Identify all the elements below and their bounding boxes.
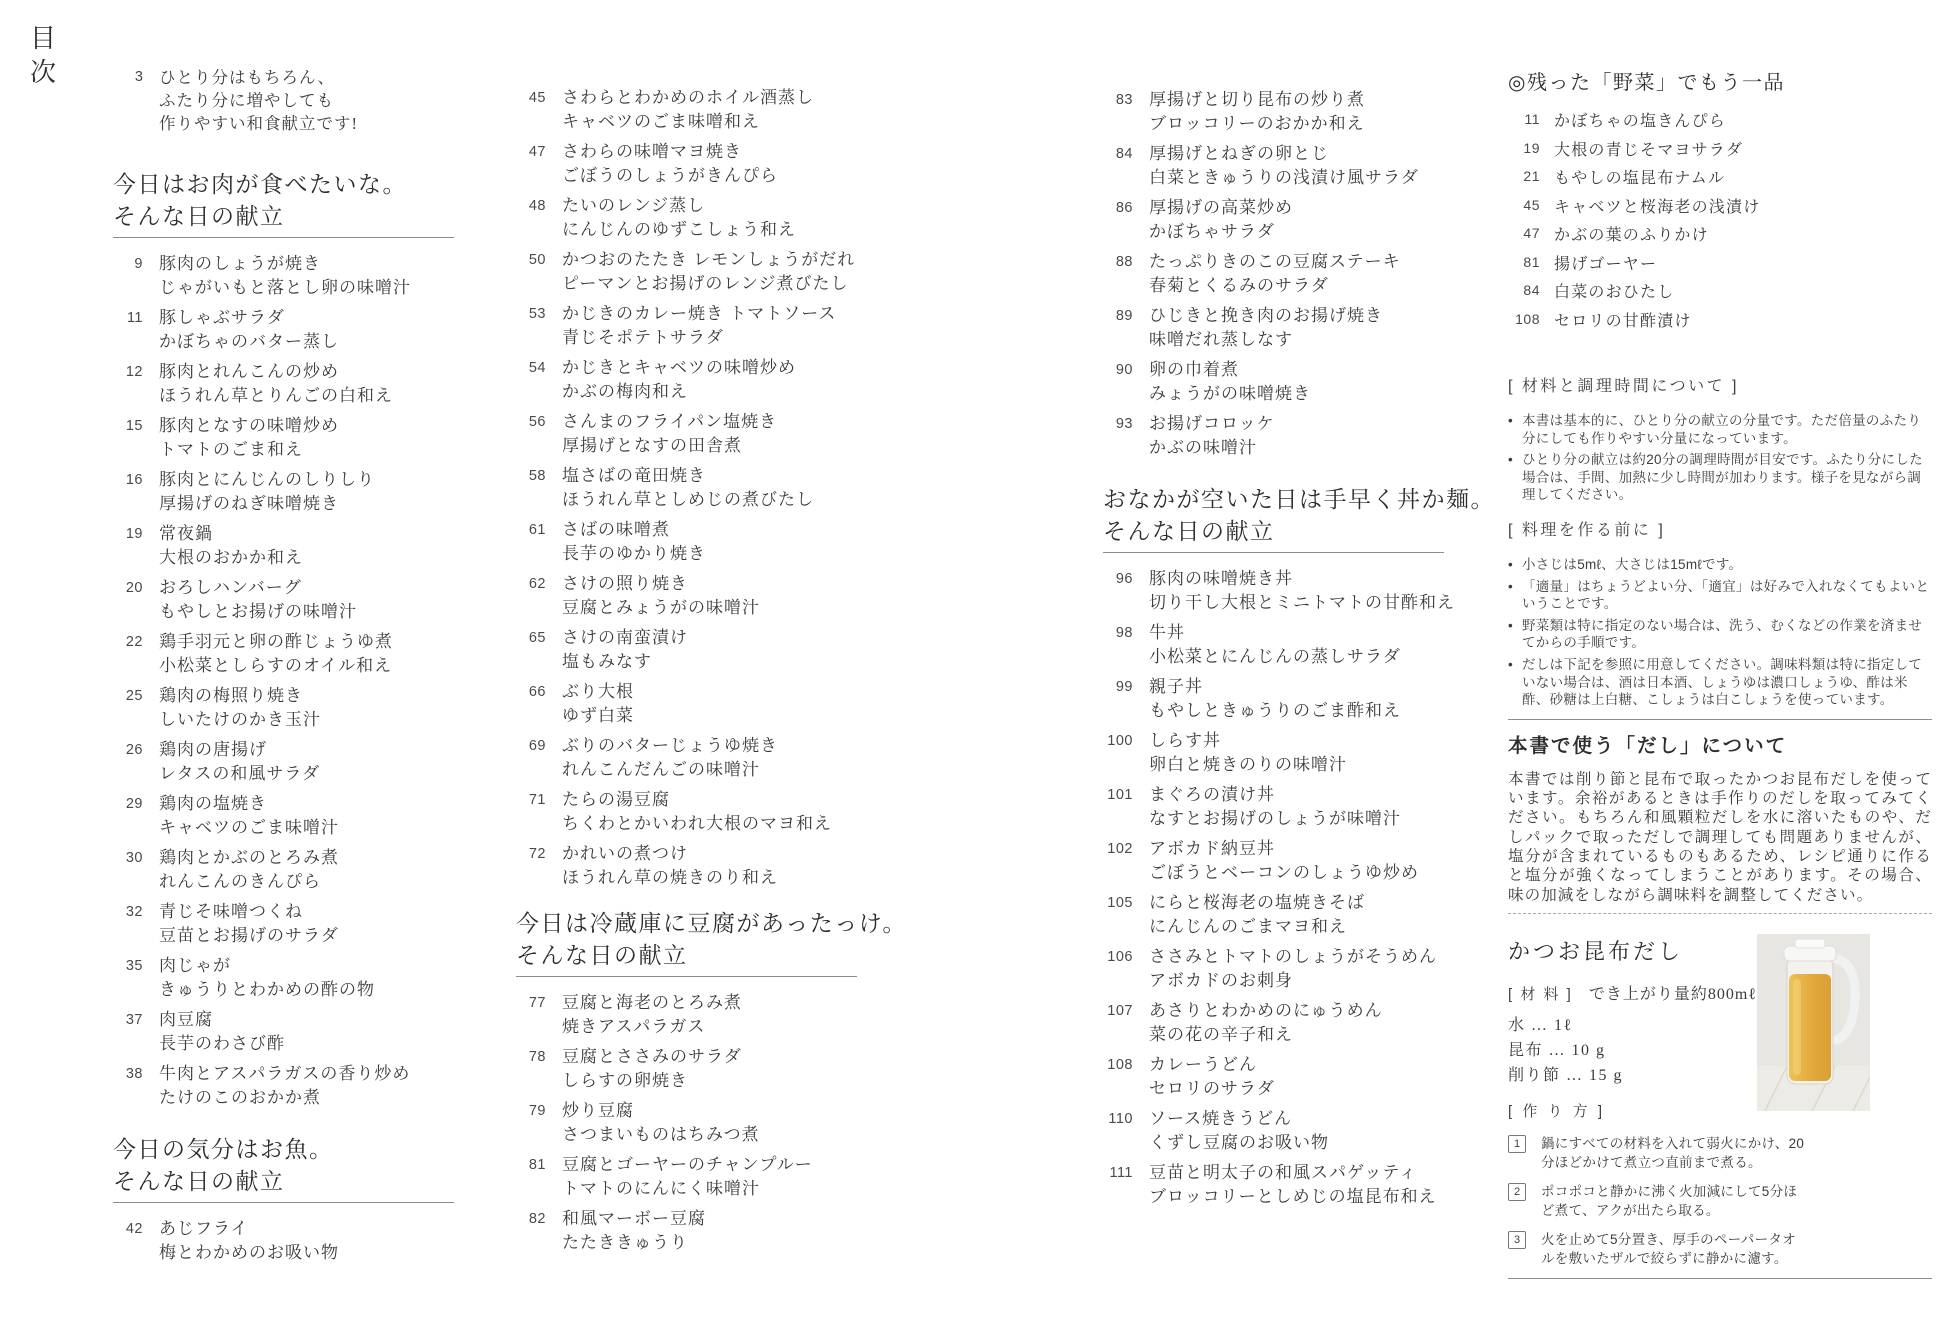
toc-entry: 81豆腐とゴーヤーのチャンプルートマトのにんにく味噌汁 xyxy=(516,1153,876,1201)
toc-entry: 89ひじきと挽き肉のお揚げ焼き味噌だれ蒸しなす xyxy=(1103,304,1465,352)
entry-dish: 揚げゴーヤー xyxy=(1554,251,1657,274)
entry-page-number: 22 xyxy=(113,630,143,678)
page-number: 3 xyxy=(113,66,143,135)
entry-main-dish: 和風マーボー豆腐 xyxy=(562,1207,706,1231)
entry-main-dish: 豆腐とゴーヤーのチャンプルー xyxy=(562,1153,813,1177)
entry-page-number: 26 xyxy=(113,738,143,786)
entry-side-dish: ほうれん草としめじの煮びたし xyxy=(562,488,814,512)
entry-main-dish: 豚しゃぶサラダ xyxy=(159,306,339,330)
entry-side-dish: ほうれん草とりんごの白和え xyxy=(159,384,393,408)
materials-label: [ 材 料 ] xyxy=(1508,986,1573,1003)
toc-entry: 38牛肉とアスパラガスの香り炒めたけのこのおかか煮 xyxy=(113,1062,473,1110)
entry-side-dish: 長芋のわさび酢 xyxy=(159,1032,285,1056)
page-title: 目 次 xyxy=(30,22,58,90)
entry-side-dish: れんこんだんごの味噌汁 xyxy=(562,758,778,782)
section-rule xyxy=(516,976,857,977)
toc-entry: 58塩さばの竜田焼きほうれん草としめじの煮びたし xyxy=(516,464,876,512)
entry-side-dish: 豆苗とお揚げのサラダ xyxy=(159,924,339,948)
entry-dishes: さんまのフライパン塩焼き厚揚げとなすの田舎煮 xyxy=(562,410,777,458)
section-title-fish: 今日の気分はお魚。 そんな日の献立 xyxy=(113,1134,473,1198)
entry-dishes: さわらとわかめのホイル酒蒸しキャベツのごま味噌和え xyxy=(562,86,814,134)
entry-side-dish: キャベツのごま味噌和え xyxy=(562,110,814,134)
entry-side-dish: 小松菜としらすのオイル和え xyxy=(159,654,393,678)
toc-entry: 69ぶりのバターじょうゆ焼きれんこんだんごの味噌汁 xyxy=(516,734,876,782)
entry-dishes: 豆苗と明太子の和風スパゲッティブロッコリーとしめじの塩昆布和え xyxy=(1149,1161,1437,1209)
entry-dishes: 豚肉となすの味噌炒めトマトのごま和え xyxy=(159,414,339,462)
note-text: 本書は基本的に、ひとり分の献立の分量です。ただ倍量のふたり分にしても作りやすい分… xyxy=(1522,412,1932,447)
entry-side-dish: みょうがの味噌焼き xyxy=(1149,382,1311,406)
entry-page-number: 50 xyxy=(516,248,546,296)
entry-page-number: 32 xyxy=(113,900,143,948)
entry-main-dish: さわらとわかめのホイル酒蒸し xyxy=(562,86,814,110)
entry-side-dish: 厚揚げのねぎ味噌焼き xyxy=(159,492,375,516)
toc-entry: 111豆苗と明太子の和風スパゲッティブロッコリーとしめじの塩昆布和え xyxy=(1103,1161,1465,1209)
entry-side-dish: ブロッコリーとしめじの塩昆布和え xyxy=(1149,1185,1437,1209)
toc-entry: 50かつおのたたき レモンしょうがだれピーマンとお揚げのレンジ煮びたし xyxy=(516,248,876,296)
entry-dishes: 鶏肉の梅照り焼きしいたけのかき玉汁 xyxy=(159,684,321,732)
section-title-meat: 今日はお肉が食べたいな。 そんな日の献立 xyxy=(113,169,473,233)
step-number: 1 xyxy=(1508,1135,1526,1153)
entry-page-number: 93 xyxy=(1103,412,1133,460)
entry-main-dish: 豆苗と明太子の和風スパゲッティ xyxy=(1149,1161,1437,1185)
entry-side-dish: じゃがいもと落とし卵の味噌汁 xyxy=(159,276,411,300)
toc-entry: 62さけの照り焼き豆腐とみょうがの味噌汁 xyxy=(516,572,876,620)
entry-side-dish: 卵白と焼きのりの味噌汁 xyxy=(1149,753,1347,777)
toc-entry: 19大根の青じそマヨサラダ xyxy=(1508,137,1932,166)
entry-dishes: 豚肉とにんじんのしりしり厚揚げのねぎ味噌焼き xyxy=(159,468,375,516)
entry-dishes: 青じそ味噌つくね豆苗とお揚げのサラダ xyxy=(159,900,339,948)
toc-entry: 32青じそ味噌つくね豆苗とお揚げのサラダ xyxy=(113,900,473,948)
entry-main-dish: ひじきと挽き肉のお揚げ焼き xyxy=(1149,304,1383,328)
entry-page-number: 72 xyxy=(516,842,546,890)
entry-dishes: たいのレンジ蒸しにんじんのゆずこしょう和え xyxy=(562,194,796,242)
entry-side-dish: かぶの味噌汁 xyxy=(1149,436,1275,460)
note-text: 「適量」はちょうどよい分、「適宜」は好みで入れなくてもよいということです。 xyxy=(1522,578,1932,613)
entry-side-dish: きゅうりとわかめの酢の物 xyxy=(159,978,375,1002)
entry-page-number: 81 xyxy=(516,1153,546,1201)
entry-side-dish: れんこんのきんぴら xyxy=(159,870,339,894)
meat-entries: 9豚肉のしょうが焼きじゃがいもと落とし卵の味噌汁11豚しゃぶサラダかぼちゃのバタ… xyxy=(113,252,473,1110)
fish-entries-col1: 42あじフライ梅とわかめのお吸い物 xyxy=(113,1217,473,1265)
entry-side-dish: ゆず白菜 xyxy=(562,704,634,728)
entry-main-dish: たいのレンジ蒸し xyxy=(562,194,796,218)
entry-dishes: ささみとトマトのしょうがそうめんアボカドのお刺身 xyxy=(1149,945,1437,993)
notes-materials-bullets: •本書は基本的に、ひとり分の献立の分量です。ただ倍量のふたり分にしても作りやすい… xyxy=(1508,412,1932,504)
toc-entry: 110ソース焼きうどんくずし豆腐のお吸い物 xyxy=(1103,1107,1465,1155)
entry-page-number: 111 xyxy=(1103,1161,1133,1209)
entry-dishes: あじフライ梅とわかめのお吸い物 xyxy=(159,1217,339,1265)
entry-main-dish: アボカド納豆丼 xyxy=(1149,837,1419,861)
entry-main-dish: 鶏手羽元と卵の酢じょうゆ煮 xyxy=(159,630,393,654)
entry-main-dish: さけの照り焼き xyxy=(562,572,760,596)
toc-entry: 45キャベツと桜海老の浅漬け xyxy=(1508,194,1932,223)
entry-page-number: 12 xyxy=(113,360,143,408)
entry-dishes: さけの照り焼き豆腐とみょうがの味噌汁 xyxy=(562,572,760,620)
entry-main-dish: 肉じゃが xyxy=(159,954,375,978)
entry-side-dish: かぶの梅肉和え xyxy=(562,380,796,404)
entry-page-number: 62 xyxy=(516,572,546,620)
entry-dishes: あさりとわかめのにゅうめん菜の花の辛子和え xyxy=(1149,999,1383,1047)
toc-entry: 9豚肉のしょうが焼きじゃがいもと落とし卵の味噌汁 xyxy=(113,252,473,300)
entry-main-dish: さけの南蛮漬け xyxy=(562,626,688,650)
entry-page-number: 30 xyxy=(113,846,143,894)
entry-side-dish: 味噌だれ蒸しなす xyxy=(1149,328,1383,352)
toc-entry: 26鶏肉の唐揚げレタスの和風サラダ xyxy=(113,738,473,786)
entry-main-dish: ぶり大根 xyxy=(562,680,634,704)
bullet-icon: • xyxy=(1508,617,1522,652)
entry-dishes: かれいの煮つけほうれん草の焼きのり和え xyxy=(562,842,778,890)
entry-side-dish: キャベツのごま味噌汁 xyxy=(159,816,339,840)
dashi-about-title: 本書で使う「だし」について xyxy=(1508,734,1932,760)
entry-page-number: 21 xyxy=(1508,165,1540,184)
bullet-icon: • xyxy=(1508,578,1522,613)
entry-page-number: 45 xyxy=(1508,194,1540,213)
dashi-pitcher-photo xyxy=(1757,934,1870,1111)
toc-column-4: ◎残った「野菜」でもう一品 11かぼちゃの塩きんぴら19大根の青じそマヨサラダ2… xyxy=(1508,0,1932,1279)
steps-list: 1鍋にすべての材料を入れて弱火にかけ、20分ほどかけて煮立つ直前まで煮る。2ポコ… xyxy=(1508,1134,1808,1269)
entry-dishes: にらと桜海老の塩焼きそばにんじんのごまマヨ和え xyxy=(1149,891,1365,939)
page-title-char: 目 xyxy=(30,22,58,56)
entry-dishes: さけの南蛮漬け塩もみなす xyxy=(562,626,688,674)
entry-side-dish: 焼きアスパラガス xyxy=(562,1015,742,1039)
toc-entry: 45さわらとわかめのホイル酒蒸しキャベツのごま味噌和え xyxy=(516,86,876,134)
toc-entry: 81揚げゴーヤー xyxy=(1508,251,1932,280)
entry-page-number: 90 xyxy=(1103,358,1133,406)
entry-dishes: かつおのたたき レモンしょうがだれピーマンとお揚げのレンジ煮びたし xyxy=(562,248,855,296)
entry-side-dish: ピーマンとお揚げのレンジ煮びたし xyxy=(562,272,855,296)
entry-page-number: 65 xyxy=(516,626,546,674)
entry-page-number: 83 xyxy=(1103,88,1133,136)
entry-main-dish: 親子丼 xyxy=(1149,675,1401,699)
entry-main-dish: 豆腐とささみのサラダ xyxy=(562,1045,742,1069)
entry-dishes: 厚揚げの高菜炒めかぼちゃサラダ xyxy=(1149,196,1293,244)
entry-page-number: 77 xyxy=(516,991,546,1039)
entry-page-number: 96 xyxy=(1103,567,1133,615)
entry-page-number: 78 xyxy=(516,1045,546,1093)
entry-dishes: かじきとキャベツの味噌炒めかぶの梅肉和え xyxy=(562,356,796,404)
entry-dishes: 肉じゃがきゅうりとわかめの酢の物 xyxy=(159,954,375,1002)
entry-page-number: 106 xyxy=(1103,945,1133,993)
toc-entry: 21もやしの塩昆布ナムル xyxy=(1508,165,1932,194)
dashi-about-body: 本書では削り節と昆布で取ったかつお昆布だしを使っています。余裕があるときは手作り… xyxy=(1508,770,1932,905)
entry-page-number: 66 xyxy=(516,680,546,728)
toc-entry: 42あじフライ梅とわかめのお吸い物 xyxy=(113,1217,473,1265)
toc-entry: 105にらと桜海老の塩焼きそばにんじんのごまマヨ和え xyxy=(1103,891,1465,939)
entry-page-number: 38 xyxy=(113,1062,143,1110)
entry-main-dish: あじフライ xyxy=(159,1217,339,1241)
note-bullet: •小さじは5mℓ、大さじは15mℓです。 xyxy=(1508,556,1932,574)
entry-main-dish: 鶏肉とかぶのとろみ煮 xyxy=(159,846,339,870)
entry-dishes: 和風マーボー豆腐たたききゅうり xyxy=(562,1207,706,1255)
entry-dishes: まぐろの漬け丼なすとお揚げのしょうが味噌汁 xyxy=(1149,783,1401,831)
toc-entry: 71たらの湯豆腐ちくわとかいわれ大根のマヨ和え xyxy=(516,788,876,836)
entry-main-dish: おろしハンバーグ xyxy=(159,576,357,600)
entry-side-dish: しいたけのかき玉汁 xyxy=(159,708,321,732)
entry-page-number: 37 xyxy=(113,1008,143,1056)
entry-dishes: 鶏肉の唐揚げレタスの和風サラダ xyxy=(159,738,320,786)
entry-main-dish: 牛丼 xyxy=(1149,621,1401,645)
entry-main-dish: 豚肉とれんこんの炒め xyxy=(159,360,393,384)
entry-main-dish: さばの味噌煮 xyxy=(562,518,706,542)
entry-dishes: ぶりのバターじょうゆ焼きれんこんだんごの味噌汁 xyxy=(562,734,778,782)
entry-dishes: 豆腐と海老のとろみ煮焼きアスパラガス xyxy=(562,991,742,1039)
veggie-list: 11かぼちゃの塩きんぴら19大根の青じそマヨサラダ21もやしの塩昆布ナムル45キ… xyxy=(1508,108,1932,336)
entry-page-number: 29 xyxy=(113,792,143,840)
notes-materials-title: [ 材料と調理時間について ] xyxy=(1508,376,1932,398)
entry-side-dish: トマトのごま和え xyxy=(159,438,339,462)
entry-dishes: 豆腐とゴーヤーのチャンプルートマトのにんにく味噌汁 xyxy=(562,1153,813,1201)
entry-side-dish: かぼちゃのバター蒸し xyxy=(159,330,339,354)
entry-main-dish: 牛肉とアスパラガスの香り炒め xyxy=(159,1062,410,1086)
toc-entry: 48たいのレンジ蒸しにんじんのゆずこしょう和え xyxy=(516,194,876,242)
entry-main-dish: 常夜鍋 xyxy=(159,522,303,546)
entry-main-dish: ぶりのバターじょうゆ焼き xyxy=(562,734,778,758)
text-line: ひとり分はもちろん、 xyxy=(159,66,358,89)
entry-main-dish: かれいの煮つけ xyxy=(562,842,778,866)
toc-entry: 47かぶの葉のふりかけ xyxy=(1508,222,1932,251)
entry-main-dish: 鶏肉の塩焼き xyxy=(159,792,339,816)
toc-entry: 29鶏肉の塩焼きキャベツのごま味噌汁 xyxy=(113,792,473,840)
entry-main-dish: たらの湯豆腐 xyxy=(562,788,832,812)
entry-page-number: 99 xyxy=(1103,675,1133,723)
entry-side-dish: もやしとお揚げの味噌汁 xyxy=(159,600,357,624)
entry-side-dish: かぼちゃサラダ xyxy=(1149,220,1293,244)
toc-entry: 79炒り豆腐さつまいものはちみつ煮 xyxy=(516,1099,876,1147)
entry-main-dish: 鶏肉の唐揚げ xyxy=(159,738,320,762)
entry-main-dish: 豚肉の味噌焼き丼 xyxy=(1149,567,1455,591)
entry-main-dish: 厚揚げとねぎの卵とじ xyxy=(1149,142,1419,166)
toc-page: 目 次 3 ひとり分はもちろん、ふたり分に増やしても作りやすい和食献立です! 今… xyxy=(0,0,1950,1338)
page-title-char: 次 xyxy=(30,56,58,90)
entry-dishes: 豚肉の味噌焼き丼切り干し大根とミニトマトの甘酢和え xyxy=(1149,567,1455,615)
bullet-icon: • xyxy=(1508,556,1522,574)
toc-entry: 108セロリの甘酢漬け xyxy=(1508,308,1932,337)
toc-entry: 56さんまのフライパン塩焼き厚揚げとなすの田舎煮 xyxy=(516,410,876,458)
entry-page-number: 19 xyxy=(113,522,143,570)
entry-main-dish: 肉豆腐 xyxy=(159,1008,285,1032)
entry-side-dish: レタスの和風サラダ xyxy=(159,762,320,786)
entry-page-number: 81 xyxy=(1508,251,1540,270)
toc-entry: 12豚肉とれんこんの炒めほうれん草とりんごの白和え xyxy=(113,360,473,408)
intro-note: 3 ひとり分はもちろん、ふたり分に増やしても作りやすい和食献立です! xyxy=(113,66,473,135)
entry-dishes: 豆腐とささみのサラダしらすの卵焼き xyxy=(562,1045,742,1093)
toc-entry: 37肉豆腐長芋のわさび酢 xyxy=(113,1008,473,1056)
entry-page-number: 61 xyxy=(516,518,546,566)
entry-side-dish: 青じそポテトサラダ xyxy=(562,326,836,350)
entry-dishes: 豚肉のしょうが焼きじゃがいもと落とし卵の味噌汁 xyxy=(159,252,411,300)
toc-entry: 35肉じゃがきゅうりとわかめの酢の物 xyxy=(113,954,473,1002)
toc-entry: 77豆腐と海老のとろみ煮焼きアスパラガス xyxy=(516,991,876,1039)
entry-dishes: さわらの味噌マヨ焼きごぼうのしょうがきんぴら xyxy=(562,140,778,188)
entry-side-dish: たたききゅうり xyxy=(562,1231,706,1255)
toc-column-2: 45さわらとわかめのホイル酒蒸しキャベツのごま味噌和え47さわらの味噌マヨ焼きご… xyxy=(516,0,876,1261)
entry-main-dish: あさりとわかめのにゅうめん xyxy=(1149,999,1383,1023)
entry-dishes: 肉豆腐長芋のわさび酢 xyxy=(159,1008,285,1056)
toc-entry: 83厚揚げと切り昆布の炒り煮ブロッコリーのおかか和え xyxy=(1103,88,1465,136)
entry-page-number: 108 xyxy=(1103,1053,1133,1101)
entry-main-dish: ささみとトマトのしょうがそうめん xyxy=(1149,945,1437,969)
section-rule xyxy=(113,1202,454,1203)
entry-page-number: 54 xyxy=(516,356,546,404)
entry-page-number: 84 xyxy=(1508,279,1540,298)
entry-side-dish: くずし豆腐のお吸い物 xyxy=(1149,1131,1329,1155)
note-bullet: •「適量」はちょうどよい分、「適宜」は好みで入れなくてもよいということです。 xyxy=(1508,578,1932,613)
recipe-step: 3火を止めて5分置き、厚手のペーパータオルを敷いたザルで絞らずに静かに濾す。 xyxy=(1508,1230,1808,1269)
entry-page-number: 84 xyxy=(1103,142,1133,190)
entry-dishes: ぶり大根ゆず白菜 xyxy=(562,680,634,728)
entry-dishes: たらの湯豆腐ちくわとかいわれ大根のマヨ和え xyxy=(562,788,832,836)
entry-dishes: たっぷりきのこの豆腐ステーキ春菊とくるみのサラダ xyxy=(1149,250,1401,298)
entry-dishes: しらす丼卵白と焼きのりの味噌汁 xyxy=(1149,729,1347,777)
entry-side-dish: 梅とわかめのお吸い物 xyxy=(159,1241,339,1265)
toc-entry: 78豆腐とささみのサラダしらすの卵焼き xyxy=(516,1045,876,1093)
entry-page-number: 47 xyxy=(1508,222,1540,241)
entry-dishes: 豚しゃぶサラダかぼちゃのバター蒸し xyxy=(159,306,339,354)
entry-dishes: 厚揚げとねぎの卵とじ白菜ときゅうりの浅漬け風サラダ xyxy=(1149,142,1419,190)
entry-dish: 白菜のおひたし xyxy=(1554,279,1674,302)
entry-side-dish: にんじんのごまマヨ和え xyxy=(1149,915,1365,939)
entry-page-number: 102 xyxy=(1103,837,1133,885)
entry-dishes: おろしハンバーグもやしとお揚げの味噌汁 xyxy=(159,576,357,624)
entry-main-dish: ソース焼きうどん xyxy=(1149,1107,1329,1131)
bullet-icon: • xyxy=(1508,412,1522,447)
entry-page-number: 101 xyxy=(1103,783,1133,831)
entry-side-dish: ちくわとかいわれ大根のマヨ和え xyxy=(562,812,832,836)
toc-entry: 106ささみとトマトのしょうがそうめんアボカドのお刺身 xyxy=(1103,945,1465,993)
entry-dishes: 豚肉とれんこんの炒めほうれん草とりんごの白和え xyxy=(159,360,393,408)
entry-page-number: 86 xyxy=(1103,196,1133,244)
entry-side-dish: セロリのサラダ xyxy=(1149,1077,1275,1101)
entry-dishes: カレーうどんセロリのサラダ xyxy=(1149,1053,1275,1101)
entry-side-dish: もやしときゅうりのごま酢和え xyxy=(1149,699,1401,723)
toc-entry: 53かじきのカレー焼き トマトソース青じそポテトサラダ xyxy=(516,302,876,350)
note-text: ひとり分の献立は約20分の調理時間が目安です。ふたり分にした場合は、手間、加熱に… xyxy=(1522,451,1932,504)
toc-entry: 20おろしハンバーグもやしとお揚げの味噌汁 xyxy=(113,576,473,624)
entry-dishes: ひじきと挽き肉のお揚げ焼き味噌だれ蒸しなす xyxy=(1149,304,1383,352)
toc-entry: 16豚肉とにんじんのしりしり厚揚げのねぎ味噌焼き xyxy=(113,468,473,516)
entry-dishes: 卵の巾着煮みょうがの味噌焼き xyxy=(1149,358,1311,406)
entry-dishes: 厚揚げと切り昆布の炒り煮ブロッコリーのおかか和え xyxy=(1149,88,1365,136)
entry-side-dish: アボカドのお刺身 xyxy=(1149,969,1437,993)
toc-column-3: 83厚揚げと切り昆布の炒り煮ブロッコリーのおかか和え84厚揚げとねぎの卵とじ白菜… xyxy=(1103,0,1465,1215)
entry-page-number: 108 xyxy=(1508,308,1540,327)
entry-dishes: 牛丼小松菜とにんじんの蒸しサラダ xyxy=(1149,621,1401,669)
tofu-entries-col3: 83厚揚げと切り昆布の炒り煮ブロッコリーのおかか和え84厚揚げとねぎの卵とじ白菜… xyxy=(1103,88,1465,460)
entry-main-dish: カレーうどん xyxy=(1149,1053,1275,1077)
entry-side-dish: にんじんのゆずこしょう和え xyxy=(562,218,796,242)
entry-page-number: 35 xyxy=(113,954,143,1002)
note-text: 野菜類は特に指定のない場合は、洗う、むくなどの作業を済ませてからの手順です。 xyxy=(1522,617,1932,652)
note-bullet: •本書は基本的に、ひとり分の献立の分量です。ただ倍量のふたり分にしても作りやすい… xyxy=(1508,412,1932,447)
toc-entry: 98牛丼小松菜とにんじんの蒸しサラダ xyxy=(1103,621,1465,669)
toc-entry: 47さわらの味噌マヨ焼きごぼうのしょうがきんぴら xyxy=(516,140,876,188)
toc-entry: 99親子丼もやしときゅうりのごま酢和え xyxy=(1103,675,1465,723)
entry-page-number: 53 xyxy=(516,302,546,350)
entry-main-dish: まぐろの漬け丼 xyxy=(1149,783,1401,807)
entry-dishes: ソース焼きうどんくずし豆腐のお吸い物 xyxy=(1149,1107,1329,1155)
bullet-icon: • xyxy=(1508,451,1522,504)
toc-entry: 11豚しゃぶサラダかぼちゃのバター蒸し xyxy=(113,306,473,354)
step-text: 火を止めて5分置き、厚手のペーパータオルを敷いたザルで絞らずに静かに濾す。 xyxy=(1541,1230,1808,1269)
entry-main-dish: 豚肉のしょうが焼き xyxy=(159,252,411,276)
entry-page-number: 16 xyxy=(113,468,143,516)
toc-entry: 61さばの味噌煮長芋のゆかり焼き xyxy=(516,518,876,566)
entry-main-dish: お揚げコロッケ xyxy=(1149,412,1275,436)
toc-entry: 22鶏手羽元と卵の酢じょうゆ煮小松菜としらすのオイル和え xyxy=(113,630,473,678)
toc-entry: 108カレーうどんセロリのサラダ xyxy=(1103,1053,1465,1101)
divider-rule xyxy=(1508,719,1932,720)
entry-side-dish: しらすの卵焼き xyxy=(562,1069,742,1093)
entry-page-number: 89 xyxy=(1103,304,1133,352)
entry-main-dish: かじきのカレー焼き トマトソース xyxy=(562,302,836,326)
entry-side-dish: なすとお揚げのしょうが味噌汁 xyxy=(1149,807,1401,831)
entry-page-number: 98 xyxy=(1103,621,1133,669)
entry-dish: 大根の青じそマヨサラダ xyxy=(1554,137,1743,160)
toc-entry: 65さけの南蛮漬け塩もみなす xyxy=(516,626,876,674)
entry-dishes: お揚げコロッケかぶの味噌汁 xyxy=(1149,412,1275,460)
entry-page-number: 11 xyxy=(113,306,143,354)
toc-entry: 25鶏肉の梅照り焼きしいたけのかき玉汁 xyxy=(113,684,473,732)
toc-entry: 54かじきとキャベツの味噌炒めかぶの梅肉和え xyxy=(516,356,876,404)
text-line: ふたり分に増やしても xyxy=(159,89,358,112)
note-text: 小さじは5mℓ、大さじは15mℓです。 xyxy=(1522,556,1932,574)
entry-dishes: 常夜鍋大根のおかか和え xyxy=(159,522,303,570)
toc-entry: 84白菜のおひたし xyxy=(1508,279,1932,308)
entry-side-dish: 塩もみなす xyxy=(562,650,688,674)
yield-text: でき上がり量約800mℓ xyxy=(1589,986,1757,1003)
entry-page-number: 48 xyxy=(516,194,546,242)
entry-page-number: 15 xyxy=(113,414,143,462)
entry-main-dish: 厚揚げと切り昆布の炒り煮 xyxy=(1149,88,1365,112)
entry-page-number: 9 xyxy=(113,252,143,300)
entry-dishes: 塩さばの竜田焼きほうれん草としめじの煮びたし xyxy=(562,464,814,512)
entry-dish: かぼちゃの塩きんぴら xyxy=(1554,108,1726,131)
entry-main-dish: 炒り豆腐 xyxy=(562,1099,760,1123)
entry-main-dish: 豚肉とにんじんのしりしり xyxy=(159,468,375,492)
step-number: 2 xyxy=(1508,1183,1526,1201)
entry-page-number: 79 xyxy=(516,1099,546,1147)
entry-dishes: 親子丼もやしときゅうりのごま酢和え xyxy=(1149,675,1401,723)
step-text: 鍋にすべての材料を入れて弱火にかけ、20分ほどかけて煮立つ直前まで煮る。 xyxy=(1541,1134,1808,1173)
toc-entry: 30鶏肉とかぶのとろみ煮れんこんのきんぴら xyxy=(113,846,473,894)
entry-side-dish: 大根のおかか和え xyxy=(159,546,303,570)
toc-entry: 90卵の巾着煮みょうがの味噌焼き xyxy=(1103,358,1465,406)
entry-main-dish: たっぷりきのこの豆腐ステーキ xyxy=(1149,250,1401,274)
entry-page-number: 25 xyxy=(113,684,143,732)
toc-entry: 84厚揚げとねぎの卵とじ白菜ときゅうりの浅漬け風サラダ xyxy=(1103,142,1465,190)
entry-side-dish: トマトのにんにく味噌汁 xyxy=(562,1177,813,1201)
entry-page-number: 11 xyxy=(1508,108,1540,127)
entry-side-dish: たけのこのおかか煮 xyxy=(159,1086,410,1110)
section-rule xyxy=(1103,552,1444,553)
entry-page-number: 47 xyxy=(516,140,546,188)
notes-before-title: [ 料理を作る前に ] xyxy=(1508,520,1932,542)
entry-main-dish: 厚揚げの高菜炒め xyxy=(1149,196,1293,220)
entry-main-dish: かつおのたたき レモンしょうがだれ xyxy=(562,248,855,272)
entry-dishes: 鶏肉とかぶのとろみ煮れんこんのきんぴら xyxy=(159,846,339,894)
entry-page-number: 100 xyxy=(1103,729,1133,777)
entry-page-number: 105 xyxy=(1103,891,1133,939)
entry-dish: セロリの甘酢漬け xyxy=(1554,308,1692,331)
step-number: 3 xyxy=(1508,1231,1526,1249)
entry-dish: キャベツと桜海老の浅漬け xyxy=(1554,194,1760,217)
entry-page-number: 107 xyxy=(1103,999,1133,1047)
entry-main-dish: にらと桜海老の塩焼きそば xyxy=(1149,891,1365,915)
section-title-donmen: おなかが空いた日は手早く丼か麺。 そんな日の献立 xyxy=(1103,484,1465,548)
dashi-recipe-block: かつお昆布だし [ 材 料 ]でき上がり量約800mℓ 水 … 1ℓ昆布 … 1… xyxy=(1508,914,1932,1279)
veggie-section-title: ◎残った「野菜」でもう一品 xyxy=(1508,70,1932,96)
toc-entry: 82和風マーボー豆腐たたききゅうり xyxy=(516,1207,876,1255)
